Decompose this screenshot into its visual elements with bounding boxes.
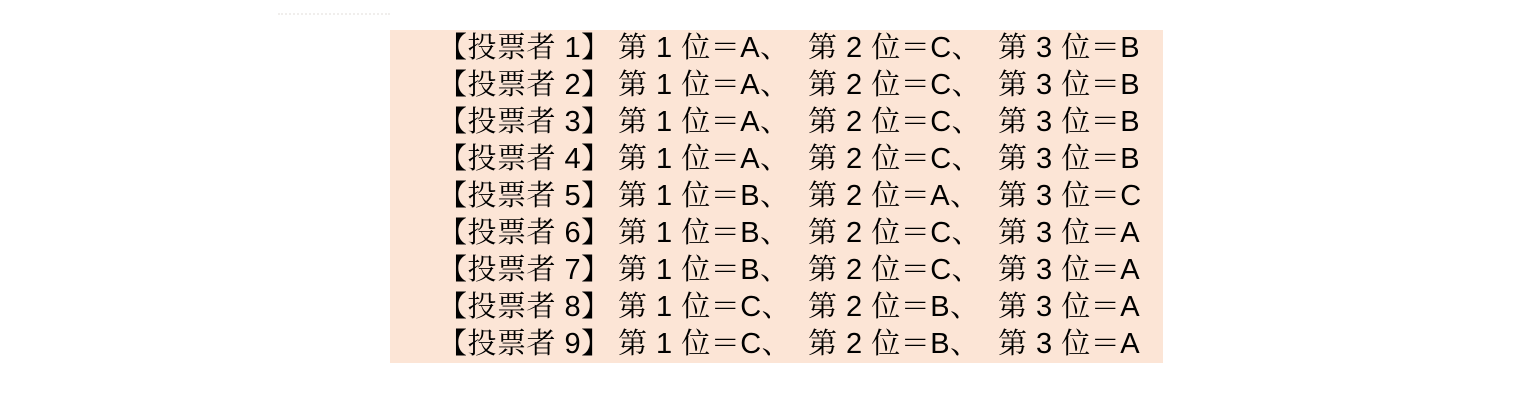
- rank-3-value: 第 3 位＝C: [998, 178, 1163, 215]
- rank-1-value: 第 1 位＝B、: [618, 215, 808, 252]
- rank-3-value: 第 3 位＝B: [998, 141, 1163, 178]
- rank-1-value: 第 1 位＝C、: [618, 326, 808, 363]
- voter-row-6: 【投票者 6】 第 1 位＝B、 第 2 位＝C、 第 3 位＝A: [438, 215, 1163, 252]
- rank-3-value: 第 3 位＝B: [998, 67, 1163, 104]
- rank-1-value: 第 1 位＝B、: [618, 252, 808, 289]
- rank-3-value: 第 3 位＝A: [998, 326, 1163, 363]
- rank-3-value: 第 3 位＝B: [998, 104, 1163, 141]
- rank-1-value: 第 1 位＝A、: [618, 104, 808, 141]
- rank-3-value: 第 3 位＝A: [998, 289, 1163, 326]
- rank-2-value: 第 2 位＝B、: [808, 326, 998, 363]
- rank-2-value: 第 2 位＝C、: [808, 67, 998, 104]
- voter-label: 【投票者 9】: [438, 326, 618, 363]
- voter-label: 【投票者 7】: [438, 252, 618, 289]
- rank-3-value: 第 3 位＝A: [998, 215, 1163, 252]
- rank-2-value: 第 2 位＝C、: [808, 141, 998, 178]
- rank-3-value: 第 3 位＝B: [998, 30, 1163, 67]
- voter-row-5: 【投票者 5】 第 1 位＝B、 第 2 位＝A、 第 3 位＝C: [438, 178, 1163, 215]
- cutoff-text-artifact: [278, 13, 390, 18]
- rank-2-value: 第 2 位＝C、: [808, 30, 998, 67]
- rank-1-value: 第 1 位＝A、: [618, 67, 808, 104]
- rank-2-value: 第 2 位＝A、: [808, 178, 998, 215]
- rank-1-value: 第 1 位＝B、: [618, 178, 808, 215]
- page: 【投票者 1】 第 1 位＝A、 第 2 位＝C、 第 3 位＝B 【投票者 2…: [0, 0, 1521, 396]
- voter-row-9: 【投票者 9】 第 1 位＝C、 第 2 位＝B、 第 3 位＝A: [438, 326, 1163, 363]
- voter-row-8: 【投票者 8】 第 1 位＝C、 第 2 位＝B、 第 3 位＝A: [438, 289, 1163, 326]
- voter-label: 【投票者 2】: [438, 67, 618, 104]
- rank-1-value: 第 1 位＝A、: [618, 141, 808, 178]
- voter-label: 【投票者 4】: [438, 141, 618, 178]
- rank-2-value: 第 2 位＝C、: [808, 104, 998, 141]
- rank-2-value: 第 2 位＝C、: [808, 215, 998, 252]
- voter-row-7: 【投票者 7】 第 1 位＝B、 第 2 位＝C、 第 3 位＝A: [438, 252, 1163, 289]
- rank-1-value: 第 1 位＝C、: [618, 289, 808, 326]
- voter-row-3: 【投票者 3】 第 1 位＝A、 第 2 位＝C、 第 3 位＝B: [438, 104, 1163, 141]
- rank-2-value: 第 2 位＝B、: [808, 289, 998, 326]
- voter-row-4: 【投票者 4】 第 1 位＝A、 第 2 位＝C、 第 3 位＝B: [438, 141, 1163, 178]
- rank-1-value: 第 1 位＝A、: [618, 30, 808, 67]
- voter-row-1: 【投票者 1】 第 1 位＝A、 第 2 位＝C、 第 3 位＝B: [438, 30, 1163, 67]
- rank-2-value: 第 2 位＝C、: [808, 252, 998, 289]
- voter-label: 【投票者 6】: [438, 215, 618, 252]
- voter-label: 【投票者 3】: [438, 104, 618, 141]
- voter-label: 【投票者 1】: [438, 30, 618, 67]
- voter-label: 【投票者 8】: [438, 289, 618, 326]
- rank-3-value: 第 3 位＝A: [998, 252, 1163, 289]
- voter-row-2: 【投票者 2】 第 1 位＝A、 第 2 位＝C、 第 3 位＝B: [438, 67, 1163, 104]
- voter-preference-table: 【投票者 1】 第 1 位＝A、 第 2 位＝C、 第 3 位＝B 【投票者 2…: [390, 30, 1163, 363]
- voter-label: 【投票者 5】: [438, 178, 618, 215]
